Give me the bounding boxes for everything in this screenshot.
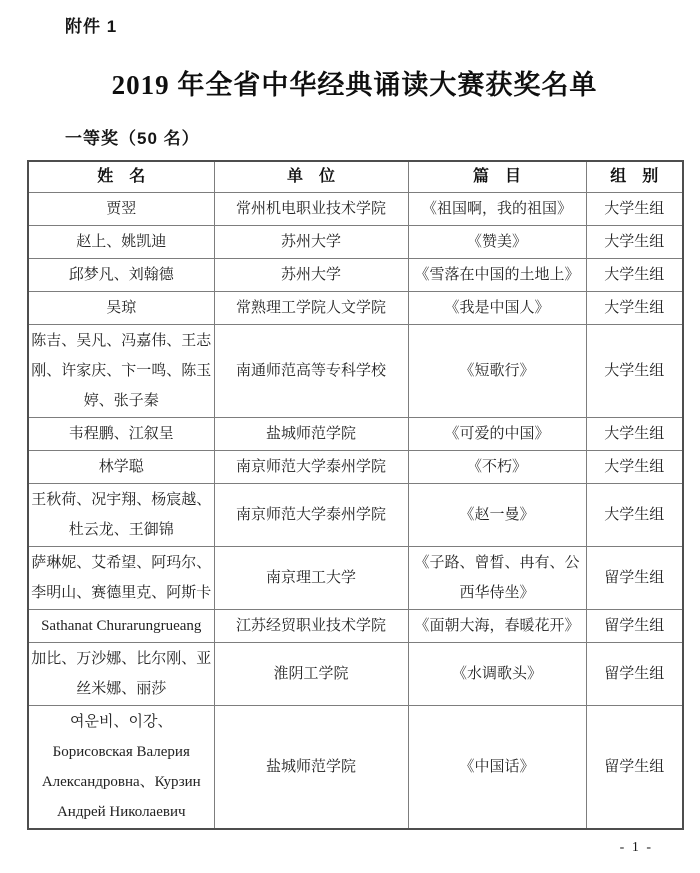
cell-group: 留学生组	[586, 706, 683, 830]
table-row: 王秋荷、况宇翔、杨宸越、杜云龙、王御锦南京师范大学泰州学院《赵一曼》大学生组	[28, 484, 683, 547]
table-row: Sathanat Churarungrueang江苏经贸职业技术学院《面朝大海，…	[28, 610, 683, 643]
cell-group: 大学生组	[586, 292, 683, 325]
table-row: 贾翌常州机电职业技术学院《祖国啊，我的祖国》大学生组	[28, 193, 683, 226]
cell-name: 加比、万沙娜、比尔刚、亚丝米娜、丽莎	[28, 643, 214, 706]
table-row: 萨琳妮、艾希望、阿玛尔、李明山、赛德里克、阿斯卡南京理工大学《子路、曾晳、冉有、…	[28, 547, 683, 610]
page-number: - 1 -	[620, 840, 653, 856]
cell-unit: 南京师范大学泰州学院	[214, 451, 408, 484]
cell-name: 贾翌	[28, 193, 214, 226]
section-heading-first-prize: 一等奖（50 名）	[65, 124, 682, 149]
cell-unit: 淮阴工学院	[214, 643, 408, 706]
cell-group: 大学生组	[586, 325, 683, 418]
cell-group: 留学生组	[586, 643, 683, 706]
document-page: 附件 1 2019 年全省中华经典诵读大赛获奖名单 一等奖（50 名） 姓 名 …	[0, 0, 700, 873]
cell-piece: 《赞美》	[408, 226, 586, 259]
page-title: 2019 年全省中华经典诵读大赛获奖名单	[27, 63, 682, 102]
cell-unit: 常州机电职业技术学院	[214, 193, 408, 226]
cell-piece: 《雪落在中国的土地上》	[408, 259, 586, 292]
table-row: 여운비、이강、Борисовская Валерия Александровна…	[28, 706, 683, 830]
winners-table: 姓 名 单 位 篇 目 组 别 贾翌常州机电职业技术学院《祖国啊，我的祖国》大学…	[27, 160, 684, 830]
attachment-label: 附件 1	[65, 12, 682, 37]
column-header-group: 组 别	[586, 161, 683, 193]
cell-piece: 《中国话》	[408, 706, 586, 830]
cell-piece: 《子路、曾晳、冉有、公西华侍坐》	[408, 547, 586, 610]
cell-group: 留学生组	[586, 610, 683, 643]
cell-piece: 《水调歌头》	[408, 643, 586, 706]
cell-piece: 《不朽》	[408, 451, 586, 484]
table-row: 赵上、姚凯迪苏州大学《赞美》大学生组	[28, 226, 683, 259]
cell-unit: 南通师范高等专科学校	[214, 325, 408, 418]
cell-unit: 苏州大学	[214, 259, 408, 292]
table-row: 林学聪南京师范大学泰州学院《不朽》大学生组	[28, 451, 683, 484]
cell-group: 大学生组	[586, 226, 683, 259]
cell-unit: 常熟理工学院人文学院	[214, 292, 408, 325]
cell-group: 大学生组	[586, 259, 683, 292]
cell-name: 韦程鹏、江叙呈	[28, 418, 214, 451]
cell-group: 留学生组	[586, 547, 683, 610]
cell-unit: 江苏经贸职业技术学院	[214, 610, 408, 643]
column-header-unit: 单 位	[214, 161, 408, 193]
winners-table-body: 贾翌常州机电职业技术学院《祖国啊，我的祖国》大学生组赵上、姚凯迪苏州大学《赞美》…	[28, 193, 683, 830]
table-header-row: 姓 名 单 位 篇 目 组 别	[28, 161, 683, 193]
cell-name: Sathanat Churarungrueang	[28, 610, 214, 643]
cell-unit: 南京师范大学泰州学院	[214, 484, 408, 547]
cell-name: 여운비、이강、Борисовская Валерия Александровна…	[28, 706, 214, 830]
cell-name: 林学聪	[28, 451, 214, 484]
table-row: 韦程鹏、江叙呈盐城师范学院《可爱的中国》大学生组	[28, 418, 683, 451]
cell-piece: 《面朝大海，春暖花开》	[408, 610, 586, 643]
cell-piece: 《可爱的中国》	[408, 418, 586, 451]
cell-name: 陈吉、吴凡、冯嘉伟、王志刚、许家庆、卞一鸣、陈玉婷、张子秦	[28, 325, 214, 418]
cell-name: 赵上、姚凯迪	[28, 226, 214, 259]
cell-unit: 苏州大学	[214, 226, 408, 259]
cell-piece: 《赵一曼》	[408, 484, 586, 547]
table-row: 陈吉、吴凡、冯嘉伟、王志刚、许家庆、卞一鸣、陈玉婷、张子秦南通师范高等专科学校《…	[28, 325, 683, 418]
cell-piece: 《祖国啊，我的祖国》	[408, 193, 586, 226]
cell-group: 大学生组	[586, 193, 683, 226]
cell-name: 萨琳妮、艾希望、阿玛尔、李明山、赛德里克、阿斯卡	[28, 547, 214, 610]
cell-unit: 盐城师范学院	[214, 706, 408, 830]
cell-name: 邱梦凡、刘翰德	[28, 259, 214, 292]
cell-piece: 《短歌行》	[408, 325, 586, 418]
cell-unit: 南京理工大学	[214, 547, 408, 610]
cell-group: 大学生组	[586, 418, 683, 451]
cell-name: 吴琼	[28, 292, 214, 325]
table-row: 加比、万沙娜、比尔刚、亚丝米娜、丽莎淮阴工学院《水调歌头》留学生组	[28, 643, 683, 706]
column-header-piece: 篇 目	[408, 161, 586, 193]
column-header-name: 姓 名	[28, 161, 214, 193]
table-row: 吴琼常熟理工学院人文学院《我是中国人》大学生组	[28, 292, 683, 325]
cell-name: 王秋荷、况宇翔、杨宸越、杜云龙、王御锦	[28, 484, 214, 547]
cell-unit: 盐城师范学院	[214, 418, 408, 451]
table-row: 邱梦凡、刘翰德苏州大学《雪落在中国的土地上》大学生组	[28, 259, 683, 292]
cell-group: 大学生组	[586, 484, 683, 547]
cell-group: 大学生组	[586, 451, 683, 484]
cell-piece: 《我是中国人》	[408, 292, 586, 325]
